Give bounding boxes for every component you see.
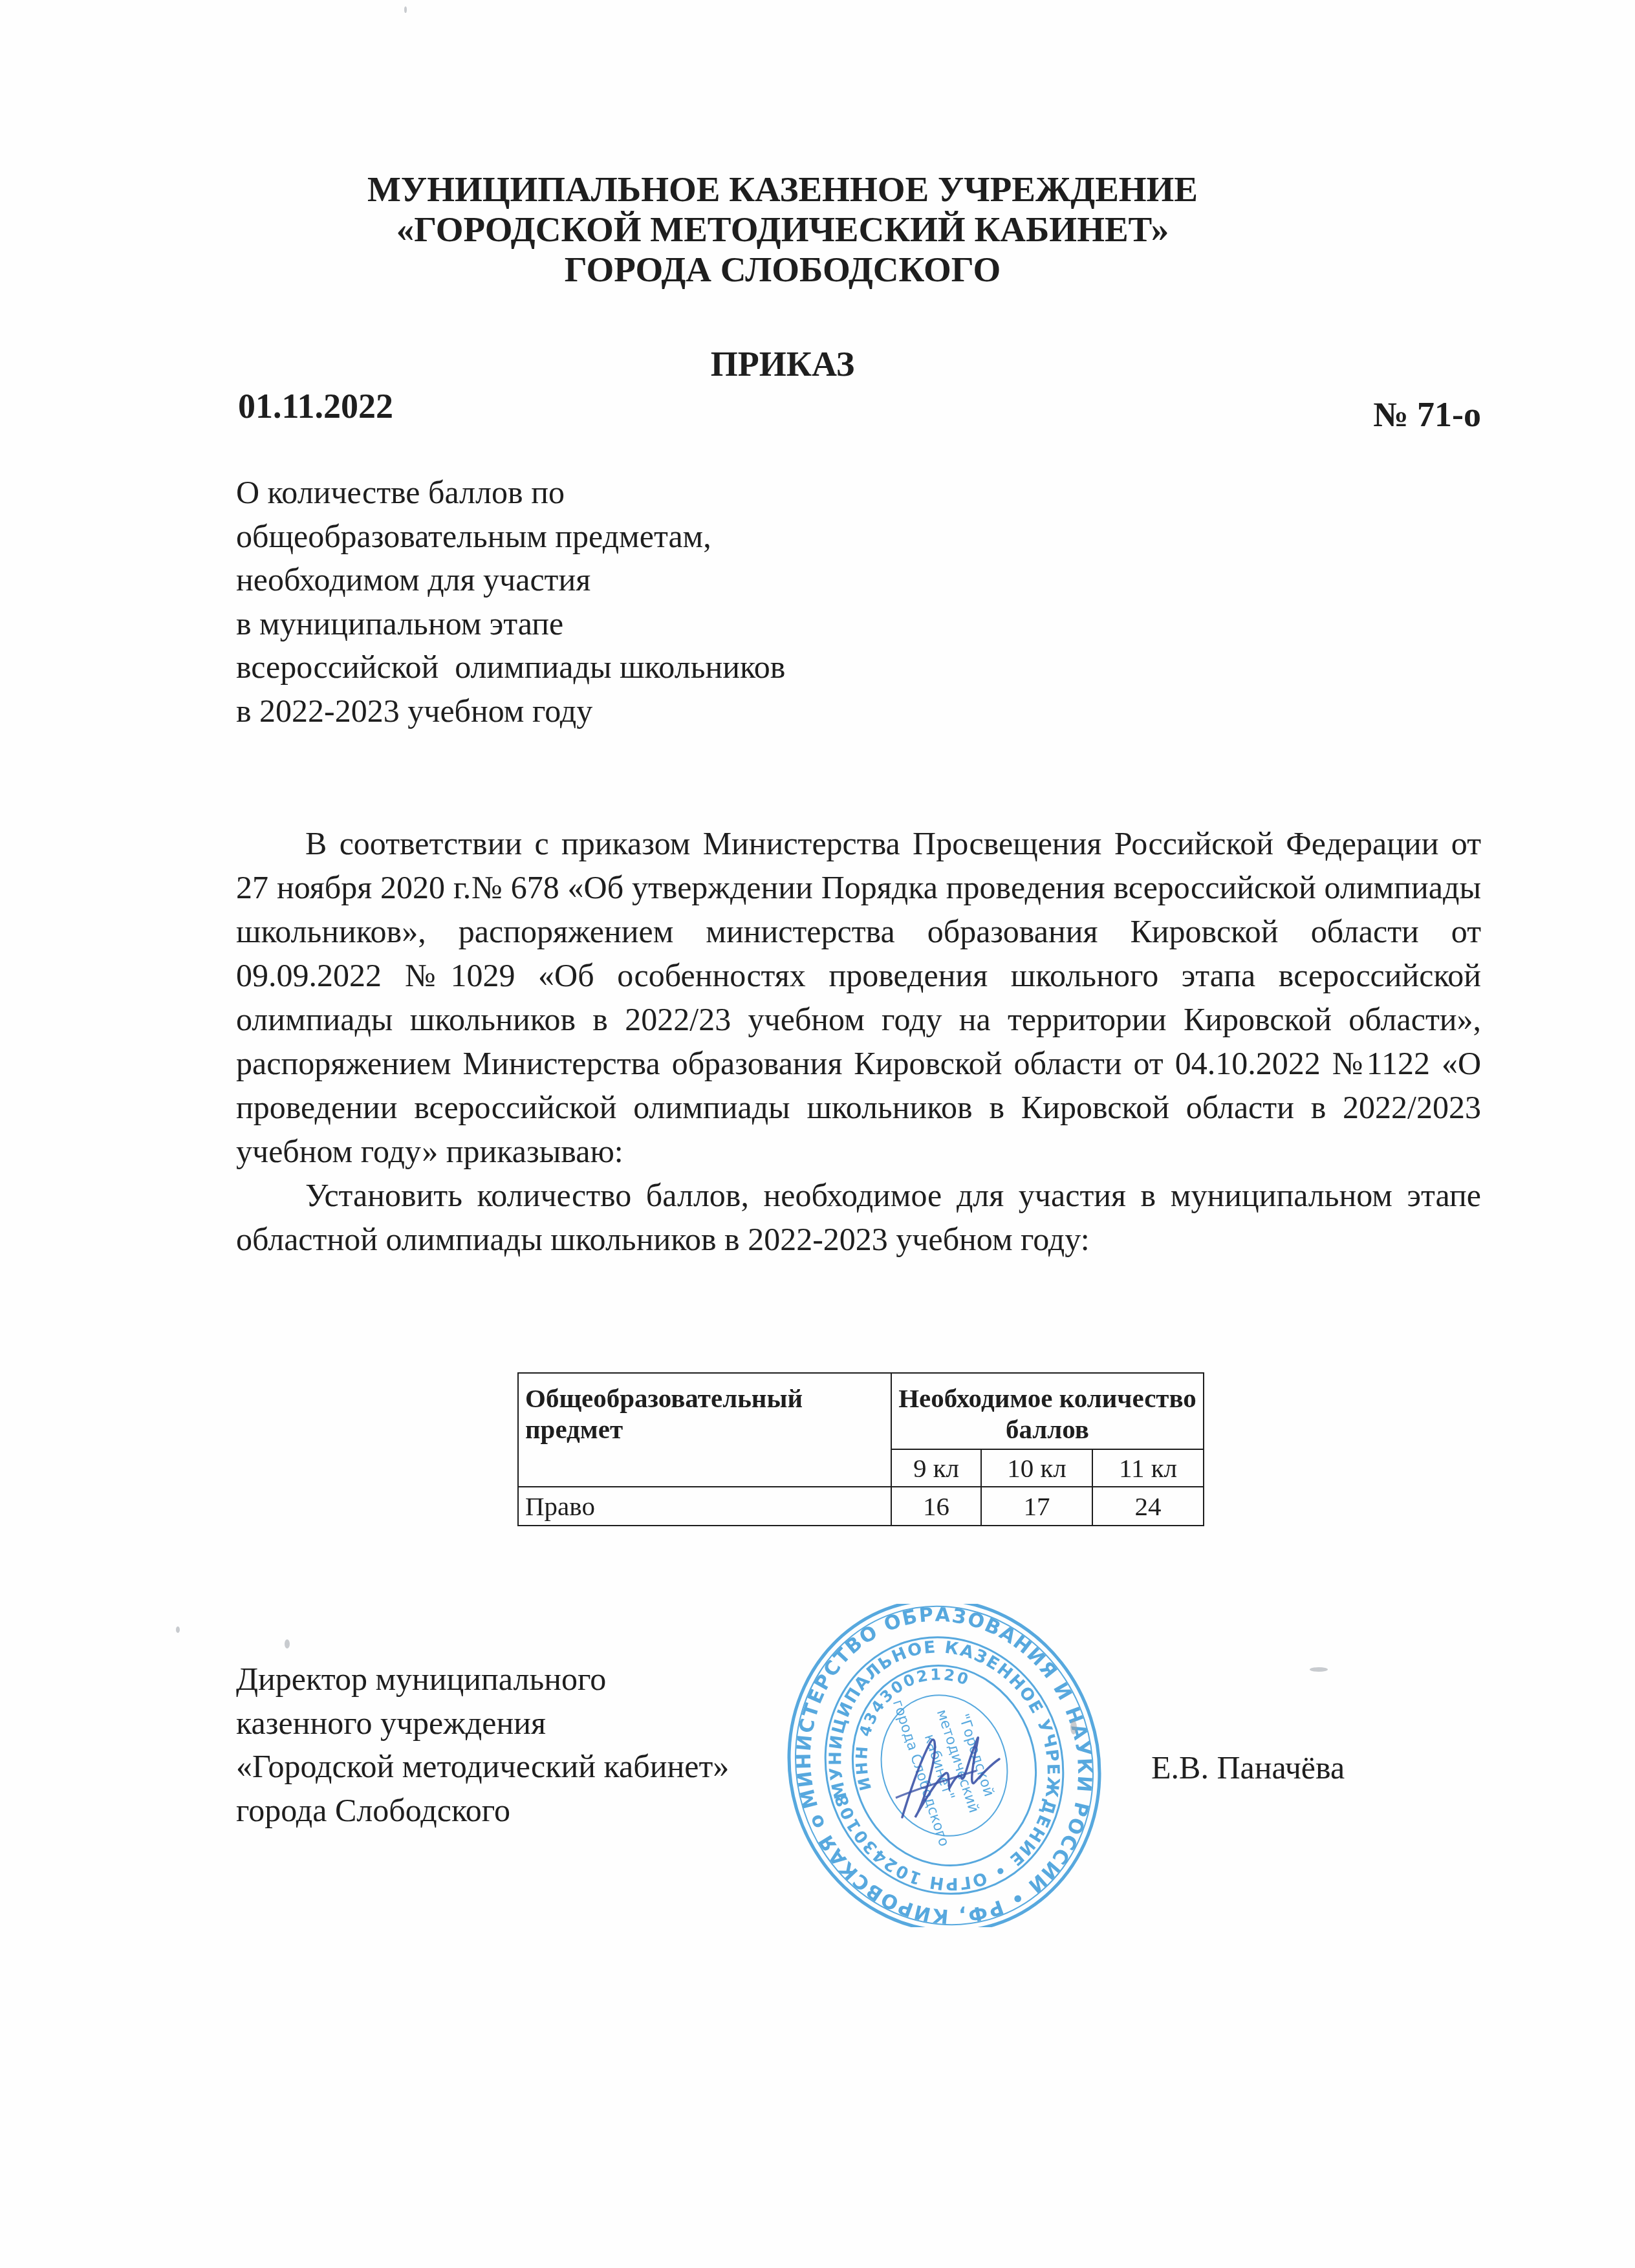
organization-header: МУНИЦИПАЛЬНОЕ КАЗЕННОЕ УЧРЕЖДЕНИЕ «ГОРОД…: [259, 169, 1306, 290]
order-subject: О количестве баллов по общеобразовательн…: [236, 471, 980, 733]
table-row: Право 16 17 24: [518, 1487, 1204, 1526]
subject-line: в 2022-2023 учебном году: [236, 689, 980, 733]
subject-line: всероссийской олимпиады школьников: [236, 645, 980, 689]
signature-block: Директор муниципального казенного учрежд…: [236, 1658, 729, 1832]
signer-position-line: Директор муниципального: [236, 1658, 729, 1701]
subject-line: общеобразовательным предметам,: [236, 515, 980, 559]
org-line: ГОРОДА СЛОБОДСКОГО: [259, 250, 1306, 290]
table-header-row: Общеобразовательный предмет Необходимое …: [518, 1373, 1204, 1449]
score-cell-10: 17: [981, 1487, 1092, 1526]
score-cell-9: 16: [891, 1487, 981, 1526]
body-paragraph-basis: В соответствии с приказом Министерства П…: [236, 821, 1481, 1173]
scan-speck: [404, 6, 407, 13]
scan-speck: [176, 1626, 180, 1633]
org-line: МУНИЦИПАЛЬНОЕ КАЗЕННОЕ УЧРЕЖДЕНИЕ: [259, 169, 1306, 210]
document-type-title: ПРИКАЗ: [259, 344, 1306, 384]
signer-position-line: города Слободского: [236, 1789, 729, 1833]
body-paragraph-order: Установить количество баллов, необходимо…: [236, 1173, 1481, 1261]
scan-speck: [1310, 1667, 1328, 1672]
org-line: «ГОРОДСКОЙ МЕТОДИЧЕСКИЙ КАБИНЕТ»: [259, 210, 1306, 250]
document-page: МУНИЦИПАЛЬНОЕ КАЗЕННОЕ УЧРЕЖДЕНИЕ «ГОРОД…: [0, 0, 1635, 2268]
official-stamp-icon: МИНИСТЕРСТВО ОБРАЗОВАНИЯ И НАУКИ РОССИИ …: [783, 1604, 1106, 1927]
grade-10: 10 кл: [981, 1449, 1092, 1487]
scan-speck: [1070, 1720, 1077, 1734]
scan-speck: [285, 1639, 290, 1648]
grade-9: 9 кл: [891, 1449, 981, 1487]
signer-position-line: казенного учреждения: [236, 1701, 729, 1745]
header-required-score: Необходимое количество баллов: [891, 1373, 1204, 1449]
subject-line: необходимом для участия: [236, 558, 980, 602]
score-cell-11: 24: [1092, 1487, 1204, 1526]
grade-11: 11 кл: [1092, 1449, 1204, 1487]
order-number: № 71-о: [1373, 394, 1481, 435]
signer-name: Е.В. Паначёва: [1151, 1747, 1345, 1787]
score-table: Общеобразовательный предмет Необходимое …: [517, 1372, 1204, 1526]
header-subject: Общеобразовательный предмет: [518, 1373, 891, 1487]
subject-line: О количестве баллов по: [236, 471, 980, 515]
order-date: 01.11.2022: [238, 386, 393, 426]
order-body: В соответствии с приказом Министерства П…: [236, 821, 1481, 1261]
signer-position-line: «Городской методический кабинет»: [236, 1745, 729, 1789]
subject-line: в муниципальном этапе: [236, 602, 980, 646]
subject-cell: Право: [518, 1487, 891, 1526]
